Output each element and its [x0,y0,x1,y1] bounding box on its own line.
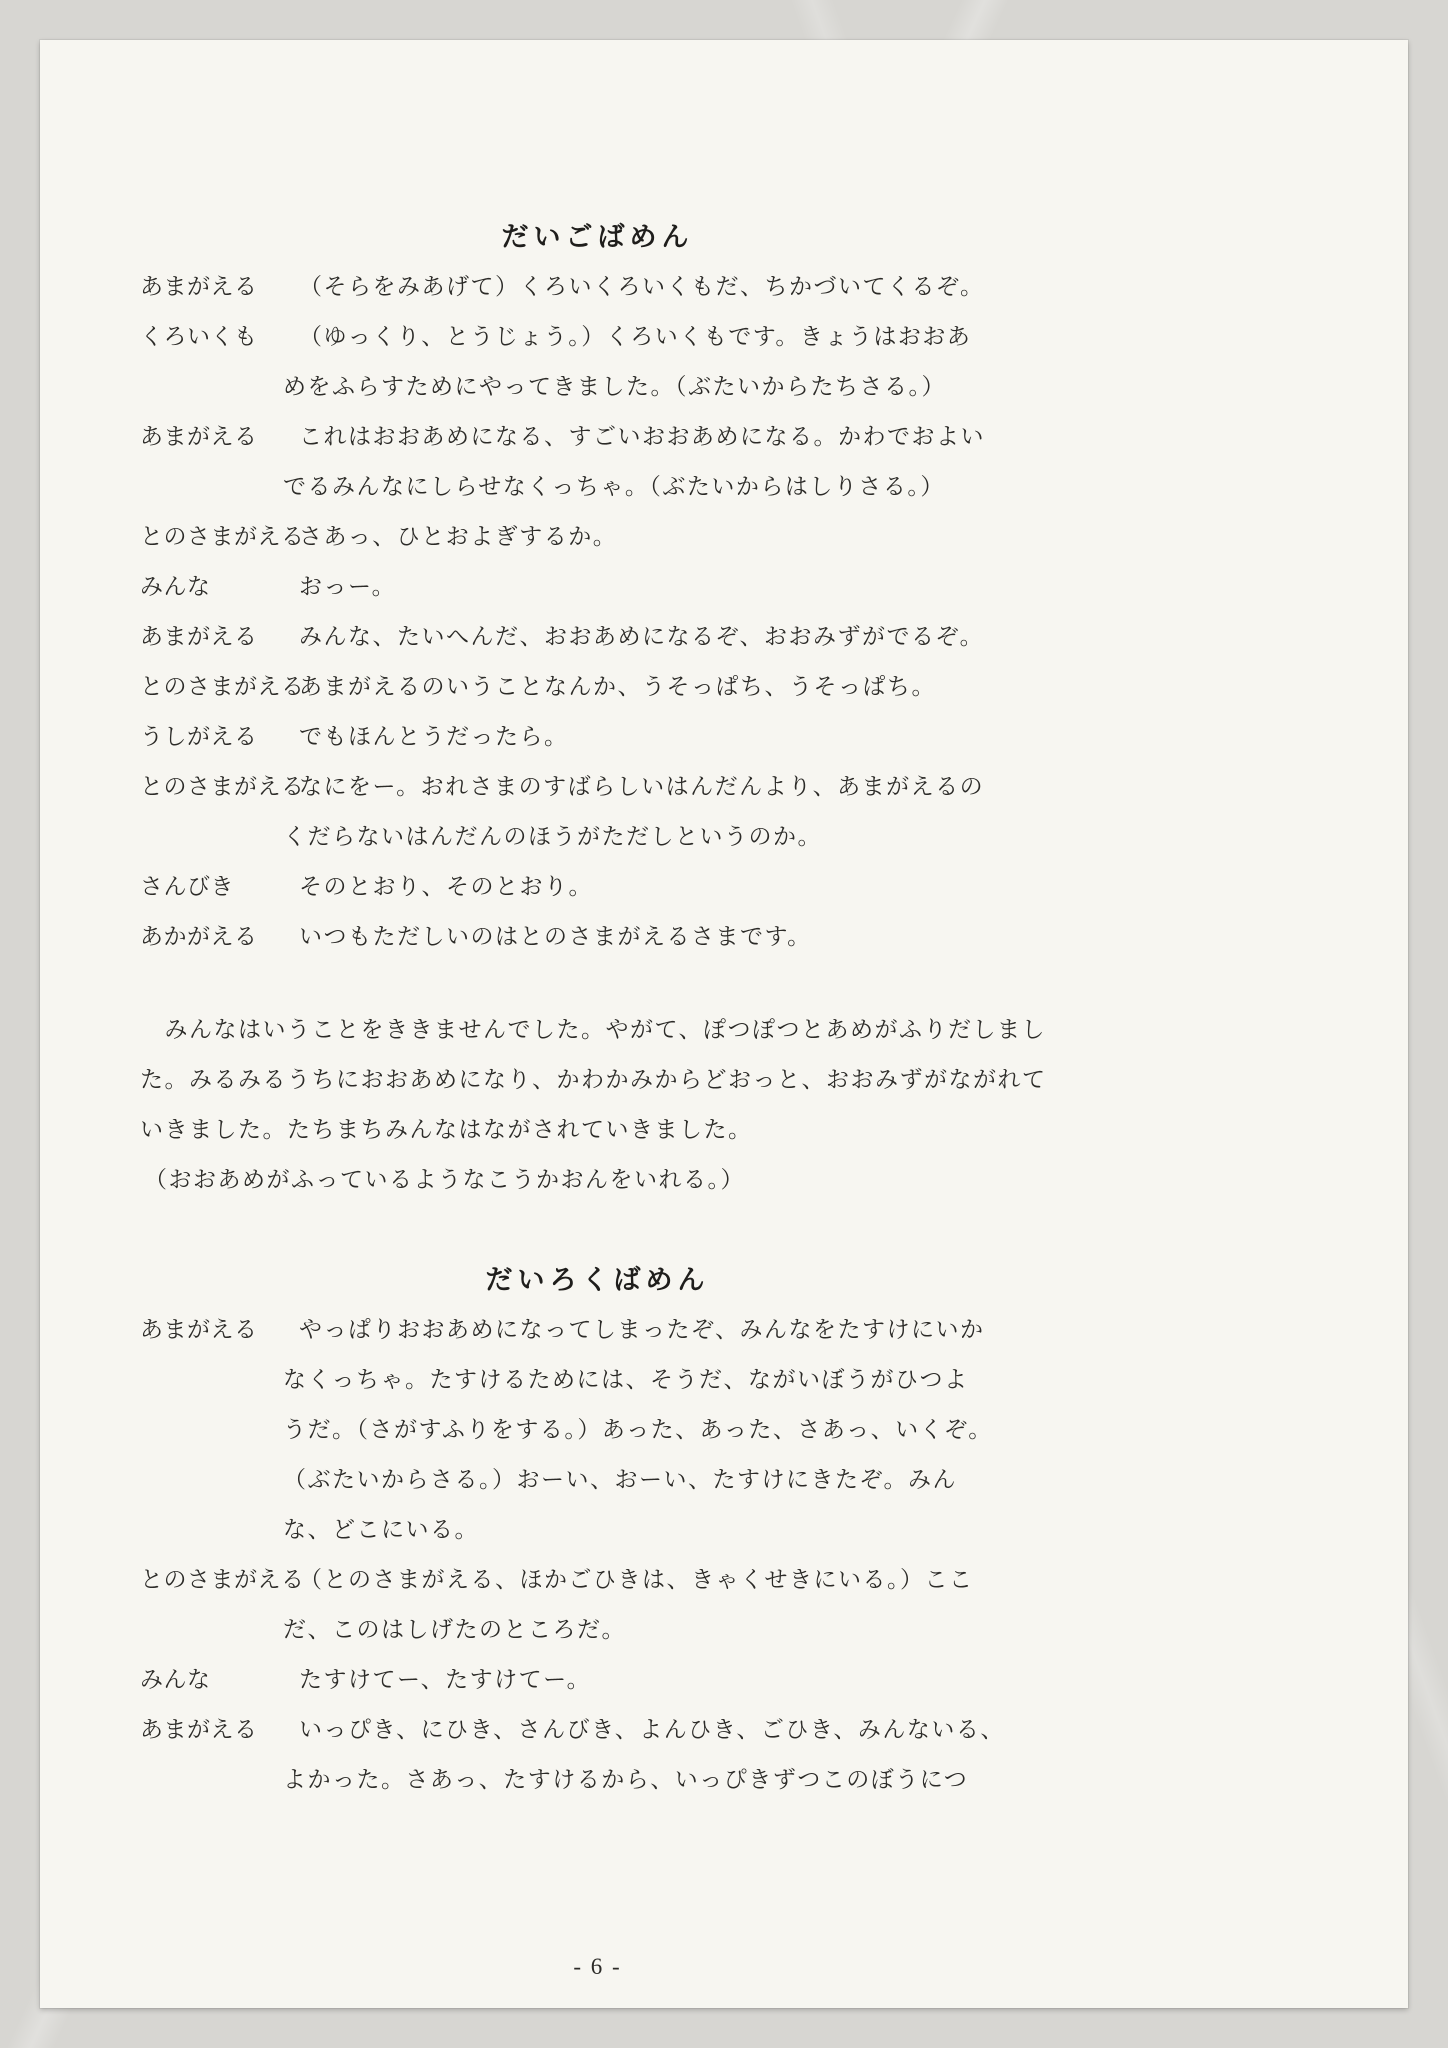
speech-lines: やっぱりおおあめになってしまったぞ、みんなをたすけにいかなくっちゃ。たすけるため… [283,1305,1055,1555]
speech-line: な、どこにいる。 [283,1505,1055,1555]
speaker-name: みんな [140,1655,283,1705]
speech-line: みんな、たいへんだ、おおあめになるぞ、おおみずがでるぞ。 [283,612,1055,662]
page-number: - 6 - [140,1954,1055,1980]
dialogue-row: とのさまがえるあまがえるのいうことなんか、うそっぱち、うそっぱち。 [140,662,1055,712]
speaker-name: あまがえる [140,612,283,662]
dialogue-row: あまがえるやっぱりおおあめになってしまったぞ、みんなをたすけにいかなくっちゃ。た… [140,1305,1055,1555]
narration-line: いきました。たちまちみんなはながされていきました。 [140,1105,1055,1155]
dialogue-row: とのさまがえる（とのさまがえる、ほかごひきは、きゃくせきにいる。）ここだ、このは… [140,1555,1055,1655]
speaker-name: とのさまがえる [140,762,283,862]
speech-lines: みんな、たいへんだ、おおあめになるぞ、おおみずがでるぞ。 [283,612,1055,662]
screenshot-background: { "page": { "number_label": "- 6 -", "pa… [0,0,1448,2048]
speaker-name: くろいくも [140,312,283,412]
dialogue-row: さんびきそのとおり、そのとおり。 [140,862,1055,912]
speech-line: そのとおり、そのとおり。 [283,862,1055,912]
speech-line: （ぶたいからさる。）おーい、おーい、たすけにきたぞ。みん [283,1455,1055,1505]
speech-line: なにをー。おれさまのすばらしいはんだんより、あまがえるの [283,762,1055,812]
speech-line: これはおおあめになる、すごいおおあめになる。かわでおよい [283,412,1055,462]
speech-line: だ、このはしげたのところだ。 [283,1605,1055,1655]
speaker-name: あまがえる [140,1705,283,1805]
speaker-name: あまがえる [140,1305,283,1555]
speaker-name: うしがえる [140,712,283,762]
speech-line: でるみんなにしらせなくっちゃ。（ぶたいからはしりさる。） [283,462,1055,512]
speech-line: たすけてー、たすけてー。 [283,1655,1055,1705]
speech-lines: いっぴき、にひき、さんびき、よんひき、ごひき、みんないる、よかった。さあっ、たす… [283,1705,1055,1805]
speech-lines: でもほんとうだったら。 [283,712,1055,762]
speaker-name: とのさまがえる [140,512,283,562]
dialogue-row: うしがえるでもほんとうだったら。 [140,712,1055,762]
speech-line: よかった。さあっ、たすけるから、いっぴきずつこのぼうにつ [283,1755,1055,1805]
speech-lines: なにをー。おれさまのすばらしいはんだんより、あまがえるのくだらないはんだんのほう… [283,762,1055,862]
speaker-name: あまがえる [140,412,283,512]
speech-line: うだ。（さがすふりをする。）あった、あった、さあっ、いくぞ。 [283,1405,1055,1455]
speech-line: くだらないはんだんのほうがただしというのか。 [283,812,1055,862]
speech-line: （とのさまがえる、ほかごひきは、きゃくせきにいる。）ここ [283,1555,1055,1605]
scene6-heading: だいろくばめん [140,1255,1055,1305]
speaker-name: さんびき [140,862,283,912]
speech-lines: おっー。 [283,562,1055,612]
dialogue-row: あまがえるいっぴき、にひき、さんびき、よんひき、ごひき、みんないる、よかった。さ… [140,1705,1055,1805]
speech-lines: さあっ、ひとおよぎするか。 [283,512,1055,562]
speech-lines: あまがえるのいうことなんか、うそっぱち、うそっぱち。 [283,662,1055,712]
dialogue-row: あまがえるこれはおおあめになる、すごいおおあめになる。かわでおよいでるみんなにし… [140,412,1055,512]
stage-direction-line: （おおあめがふっているようなこうかおんをいれる。） [140,1155,1055,1205]
speaker-name: とのさまがえる [140,1555,283,1655]
speech-line: いっぴき、にひき、さんびき、よんひき、ごひき、みんないる、 [283,1705,1055,1755]
speech-line: さあっ、ひとおよぎするか。 [283,512,1055,562]
scene5-heading: だいごばめん [140,212,1055,262]
speech-line: なくっちゃ。たすけるためには、そうだ、ながいぼうがひつよ [283,1355,1055,1405]
speech-lines: （そらをみあげて）くろいくろいくもだ、ちかづいてくるぞ。 [283,262,1055,312]
dialogue-row: みんなたすけてー、たすけてー。 [140,1655,1055,1705]
speech-line: あまがえるのいうことなんか、うそっぱち、うそっぱち。 [283,662,1055,712]
speech-line: （ゆっくり、とうじょう。）くろいくもです。きょうはおおあ [283,312,1055,362]
narration-paragraph: みんなはいうことをききませんでした。やがて、ぽつぽつとあめがふりだしました。みる… [140,1005,1055,1155]
speech-lines: たすけてー、たすけてー。 [283,1655,1055,1705]
speaker-name: あかがえる [140,912,283,962]
narration-line: た。みるみるうちにおおあめになり、かわかみからどおっと、おおみずがながれて [140,1055,1055,1105]
dialogue-row: あかがえるいつもただしいのはとのさまがえるさまです。 [140,912,1055,962]
speech-line: でもほんとうだったら。 [283,712,1055,762]
speech-line: （そらをみあげて）くろいくろいくもだ、ちかづいてくるぞ。 [283,262,1055,312]
dialogue-row: とのさまがえるなにをー。おれさまのすばらしいはんだんより、あまがえるのくだらない… [140,762,1055,862]
narration-line: みんなはいうことをききませんでした。やがて、ぽつぽつとあめがふりだしまし [140,1005,1055,1055]
speech-lines: そのとおり、そのとおり。 [283,862,1055,912]
speaker-name: あまがえる [140,262,283,312]
speech-lines: いつもただしいのはとのさまがえるさまです。 [283,912,1055,962]
speaker-name: みんな [140,562,283,612]
dialogue-row: あまがえる（そらをみあげて）くろいくろいくもだ、ちかづいてくるぞ。 [140,262,1055,312]
page-content: だいごばめん あまがえる（そらをみあげて）くろいくろいくもだ、ちかづいてくるぞ。… [140,40,1055,1805]
dialogue-row: あまがえるみんな、たいへんだ、おおあめになるぞ、おおみずがでるぞ。 [140,612,1055,662]
speech-line: いつもただしいのはとのさまがえるさまです。 [283,912,1055,962]
speech-line: やっぱりおおあめになってしまったぞ、みんなをたすけにいか [283,1305,1055,1355]
speech-lines: （ゆっくり、とうじょう。）くろいくもです。きょうはおおあめをふらすためにやってき… [283,312,1055,412]
speaker-name: とのさまがえる [140,662,283,712]
speech-line: おっー。 [283,562,1055,612]
dialogue-row: くろいくも（ゆっくり、とうじょう。）くろいくもです。きょうはおおあめをふらすため… [140,312,1055,412]
dialogue-row: みんなおっー。 [140,562,1055,612]
dialogue-row: とのさまがえるさあっ、ひとおよぎするか。 [140,512,1055,562]
scene6-dialogue: あまがえるやっぱりおおあめになってしまったぞ、みんなをたすけにいかなくっちゃ。た… [140,1305,1055,1805]
speech-line: めをふらすためにやってきました。（ぶたいからたちさる。） [283,362,1055,412]
speech-lines: これはおおあめになる、すごいおおあめになる。かわでおよいでるみんなにしらせなくっ… [283,412,1055,512]
speech-lines: （とのさまがえる、ほかごひきは、きゃくせきにいる。）ここだ、このはしげたのところ… [283,1555,1055,1655]
scene5-dialogue: あまがえる（そらをみあげて）くろいくろいくもだ、ちかづいてくるぞ。くろいくも（ゆ… [140,262,1055,962]
document-page: だいごばめん あまがえる（そらをみあげて）くろいくろいくもだ、ちかづいてくるぞ。… [40,40,1408,2008]
